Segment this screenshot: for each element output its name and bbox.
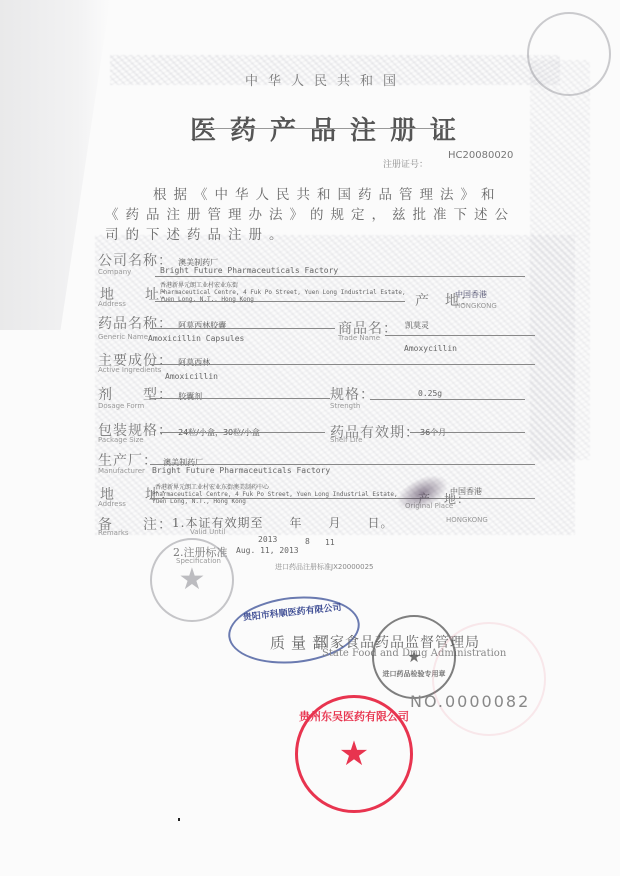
manufacturer-label-en: Manufacturer (98, 467, 145, 475)
origin-value-cn: 中国香港 (455, 289, 487, 300)
faded-pink-seal (432, 622, 546, 736)
generic-name-label-en: Generic Name (98, 333, 148, 341)
mfr-origin-value-cn: 中国香港 (450, 486, 482, 497)
underline (150, 464, 535, 465)
valid-year: 2013 (258, 535, 277, 544)
underline (155, 301, 405, 302)
generic-name-field: 药品名称： 阿莫西林胶囊 (98, 313, 226, 333)
active-ingredient-value-cn: 阿莫西林 (178, 358, 210, 367)
star-icon: ★ (407, 649, 421, 665)
scan-fold-shadow (0, 0, 110, 330)
dosage-form-field: 剂 型： 胶囊剂 (98, 384, 202, 404)
serial-number: NO.0000082 (410, 692, 530, 711)
underline (370, 399, 525, 400)
underline (150, 398, 330, 399)
shelf-life-label-en: Shelf Life (330, 436, 362, 444)
company-value-en: Bright Future Pharmaceuticals Factory (160, 266, 338, 275)
remarks-label-en: Remarks (98, 529, 129, 537)
strength-value: 0.25g (418, 389, 442, 398)
trade-name-value-cn: 凯莫灵 (405, 320, 429, 331)
mfr-address-value-cn: 香港新界元朗工业村宏业东街澳美制药中心 (155, 482, 269, 491)
address-label-en: Address (98, 300, 126, 308)
trade-name-label-en: Trade Name (338, 334, 380, 342)
certificate-number: HC20080020 (448, 150, 513, 161)
remarks-line1-en: Valid Until (190, 528, 225, 536)
address-value-cn: 香港新界元朗工业村宏业东街 (160, 280, 238, 289)
red-company-seal: ★ 贵州东吴医药有限公司 (295, 695, 413, 813)
title-strike-line (195, 128, 455, 129)
company-stamp-text: 贵阳市科顺医药有限公司 (242, 600, 342, 623)
dosage-form-label-en: Dosage Form (98, 402, 144, 410)
star-icon: ★ (339, 737, 369, 771)
active-ingredient-value-en: Amoxicillin (165, 372, 218, 381)
manufacturer-value-en: Bright Future Pharmaceuticals Factory (152, 466, 330, 475)
red-stamp-text: 贵州东吴医药有限公司 (299, 708, 409, 724)
company-label-en: Company (98, 268, 131, 276)
active-ingredient-label-en: Active Ingredients (98, 366, 161, 374)
underline (160, 432, 325, 433)
trade-name-value-en: Amoxycillin (404, 344, 457, 353)
strength-label-en: Strength (330, 402, 360, 410)
dosage-form-label: 剂 型： (98, 387, 173, 403)
underline (385, 335, 535, 336)
valid-day: 11 (325, 538, 335, 547)
underline (150, 364, 535, 365)
speck (178, 818, 180, 821)
dosage-form-value-cn: 胶囊剂 (178, 392, 202, 401)
scan-noise (530, 60, 590, 460)
valid-until-en: Aug. 11, 2013 (236, 546, 299, 555)
package-size-label-en: Package Size (98, 436, 144, 444)
mfr-address-label-en: Address (98, 500, 126, 508)
faded-star-seal: ★ (150, 538, 234, 622)
underline (155, 276, 525, 277)
strength-label: 规格： (330, 384, 375, 404)
preamble-text: 根据《中华人民共和国药品管理法》和《药品注册管理办法》的规定，兹批准下述公司的下… (105, 185, 535, 245)
underline (410, 432, 525, 433)
generic-name-value-en: Amoxicillin Capsules (148, 334, 244, 343)
certificate-number-label: 注册证号： (383, 157, 428, 170)
origin-value-en: HONGKONG (455, 302, 497, 310)
underline (150, 328, 335, 329)
standard-number: 进口药品注册标准JX20000025 (275, 562, 374, 572)
valid-month: 8 (305, 537, 310, 546)
underline (150, 498, 535, 499)
star-icon: ★ (179, 565, 206, 595)
faded-stamp-top-right (527, 12, 611, 96)
mfr-origin-value-en: HONGKONG (446, 516, 488, 524)
republic-heading: 中华人民共和国 (245, 70, 406, 89)
generic-name-label: 药品名称： (98, 316, 173, 332)
